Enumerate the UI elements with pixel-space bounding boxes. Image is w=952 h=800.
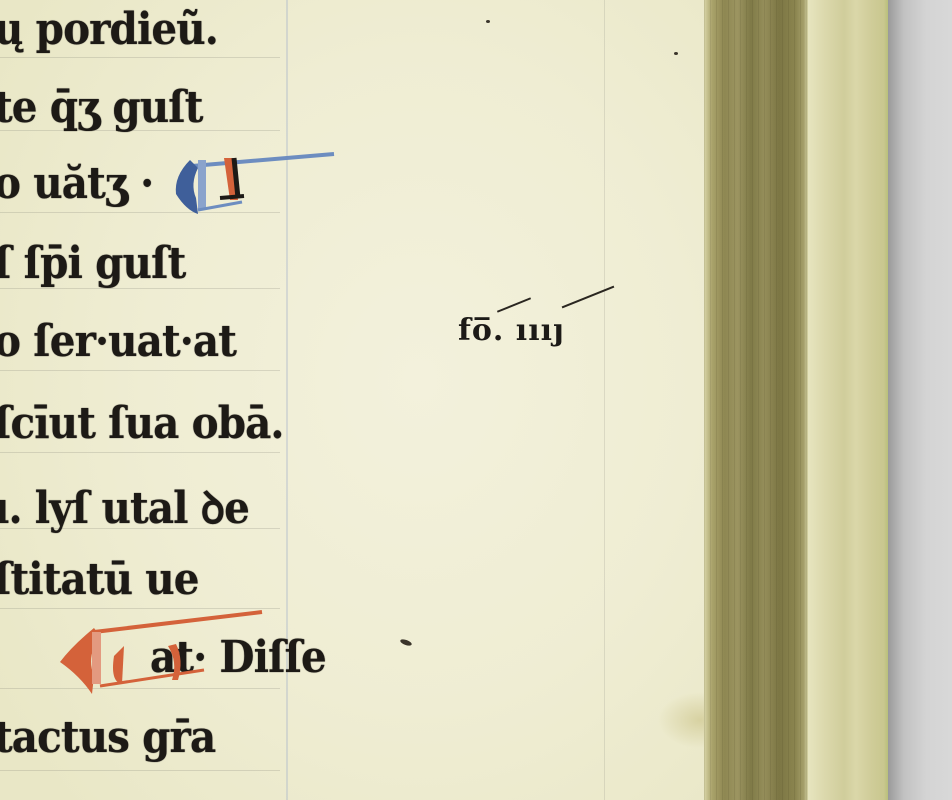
script-line: ı. lyſ utal ꝺe <box>0 476 249 536</box>
background-shadow <box>888 0 952 800</box>
page-edge-striations <box>704 0 808 800</box>
ruling-line-horizontal <box>0 370 280 371</box>
ruling-line-horizontal <box>0 452 280 453</box>
script-line: o uătʒ · <box>0 158 153 209</box>
script-line: ſtitatū ue <box>0 554 199 605</box>
script-line: ſ ſp̄i guſt <box>0 238 185 289</box>
decorated-initial-blue <box>168 146 338 218</box>
abbreviation-stroke <box>497 297 531 312</box>
ruling-line-horizontal <box>0 57 280 58</box>
gilt-page-edge-light <box>808 0 888 800</box>
script-line: ſcīut ſua obā. <box>0 398 284 449</box>
script-line: te q̄ʒ guſt <box>0 82 203 133</box>
ink-speck <box>486 20 490 23</box>
abbreviation-stroke <box>562 286 615 309</box>
ink-speck <box>674 52 678 55</box>
script-line: tactus gr̄a <box>0 712 215 763</box>
script-line: o ſer·uat·at <box>0 316 236 367</box>
folio-number: fo̅. ıııȷ <box>458 313 565 348</box>
ink-speck <box>400 638 413 647</box>
margin-ruling-line <box>604 0 605 800</box>
ruling-line-horizontal <box>0 770 280 771</box>
script-line: ų pordieũ. <box>0 4 218 55</box>
manuscript-page: ų pordieũ. te q̄ʒ guſt o uătʒ · ſ ſp̄i g… <box>0 0 710 800</box>
decorated-initial-red <box>54 606 274 702</box>
